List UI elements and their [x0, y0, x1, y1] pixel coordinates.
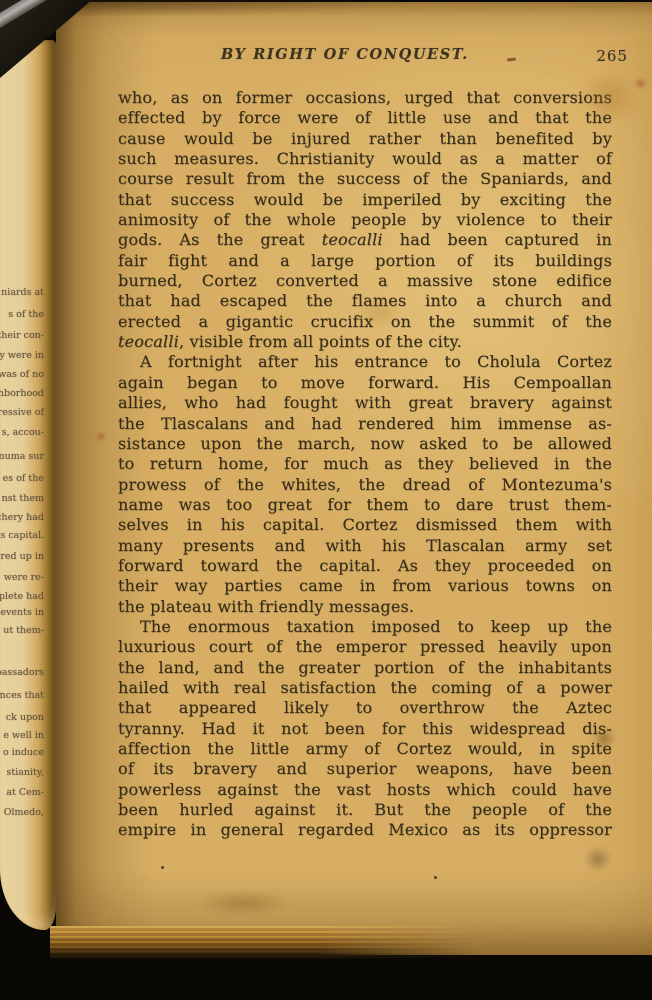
page-edges — [50, 926, 480, 960]
facing-page-text-fragment: red up in — [0, 552, 44, 562]
text-line: fair fight and a large portion of its bu… — [118, 251, 612, 271]
facing-page-text-fragment: plete had — [0, 592, 44, 602]
facing-page-text-fragment: o induce — [3, 748, 44, 758]
facing-page-text-fragment: is capital. — [0, 531, 44, 541]
facing-page-text-fragment: e well in — [3, 731, 44, 741]
facing-page-text-fragment: s, accou- — [2, 428, 44, 438]
text-line: prowess of the whites, the dread of Mont… — [118, 475, 612, 495]
text-line: that appeared likely to overthrow the Az… — [118, 698, 612, 718]
running-header-title: BY RIGHT OF CONQUEST. — [118, 46, 612, 63]
text-line: cause would be injured rather than benef… — [118, 129, 612, 149]
facing-page-text-fragment: numa sur — [0, 452, 44, 462]
facing-page-text-fragment: stianity, — [7, 768, 45, 778]
text-line: gods. As the great teocalli had been cap… — [118, 230, 612, 250]
text-line: burned, Cortez converted a massive stone… — [118, 271, 612, 291]
facing-page-text-fragment: were re- — [4, 573, 44, 583]
running-header: BY RIGHT OF CONQUEST. 265 — [118, 46, 612, 68]
facing-page-text-fragment: niards at — [1, 288, 44, 298]
text-line: selves in his capital. Cortez dismissed … — [118, 515, 612, 535]
facing-page-text-fragment: y were in — [0, 351, 44, 361]
ink-speck — [161, 866, 164, 869]
text-line: again began to move forward. His Cempoal… — [118, 373, 612, 393]
text-line: who, as on former occasions, urged that … — [118, 88, 612, 108]
text-line: the Tlascalans and had rendered him imme… — [118, 414, 612, 434]
paper-stain — [584, 846, 612, 872]
page-number: 265 — [596, 47, 628, 65]
text-line: hailed with real satisfaction the coming… — [118, 678, 612, 698]
text-line: course result from the success of the Sp… — [118, 169, 612, 189]
facing-page-text-fragment: their con- — [0, 331, 44, 341]
scan-top-shadow — [56, 0, 526, 24]
text-line: the plateau with friendly messages. — [118, 597, 612, 617]
text-line: luxurious court of the emperor pressed h… — [118, 637, 612, 657]
facing-page-fragments: niards ats of thetheir con-y were inwas … — [0, 0, 54, 1000]
ink-speck — [434, 876, 437, 879]
text-line: their way parties came in from various t… — [118, 576, 612, 596]
text-line: that success would be imperiled by excit… — [118, 190, 612, 210]
paper-stain — [96, 432, 106, 441]
facing-page-text-fragment: Olmedo, — [4, 808, 44, 818]
facing-page-text-fragment: hborhood — [0, 389, 44, 399]
text-line: powerless against the vast hosts which c… — [118, 780, 612, 800]
facing-page-text-fragment: at Cem- — [6, 788, 44, 798]
facing-page-text-fragment: events in — [0, 608, 44, 618]
text-line: tyranny. Had it not been for this widesp… — [118, 719, 612, 739]
facing-page-text-fragment: ck upon — [6, 713, 44, 723]
text-block: who, as on former occasions, urged that … — [118, 88, 612, 841]
text-line: erected a gigantic crucifix on the summi… — [118, 312, 612, 332]
text-line: A fortnight after his entrance to Cholul… — [118, 352, 612, 372]
facing-page-text-fragment: chery had — [0, 513, 44, 523]
text-line: allies, who had fought with great braver… — [118, 393, 612, 413]
book-page: BY RIGHT OF CONQUEST. 265 who, as on for… — [56, 2, 652, 955]
text-line: empire in general regarded Mexico as its… — [118, 820, 612, 840]
text-line: such measures. Christianity would as a m… — [118, 149, 612, 169]
text-line: many presents and with his Tlascalan arm… — [118, 536, 612, 556]
text-line: forward toward the capital. As they proc… — [118, 556, 612, 576]
facing-page-text-fragment: ressive of — [0, 408, 44, 418]
facing-page-text-fragment: es of the — [3, 474, 44, 484]
text-line: teocalli, visible from all points of the… — [118, 332, 612, 352]
text-line: sistance upon the march, now asked to be… — [118, 434, 612, 454]
facing-page-text-fragment: ut them- — [3, 626, 44, 636]
facing-page-text-fragment: nst them — [2, 494, 44, 504]
facing-page-text-fragment: was of no — [0, 370, 44, 380]
text-line: The enormous taxation imposed to keep up… — [118, 617, 612, 637]
text-line: effected by force were of little use and… — [118, 108, 612, 128]
text-line: the land, and the greater portion of the… — [118, 658, 612, 678]
paper-stain — [196, 890, 292, 916]
text-line: been hurled against it. But the people o… — [118, 800, 612, 820]
text-line: to return home, for much as they believe… — [118, 454, 612, 474]
text-line: affection the little army of Cortez woul… — [118, 739, 612, 759]
text-line: animosity of the whole people by violenc… — [118, 210, 612, 230]
text-line: name was too great for them to dare trus… — [118, 495, 612, 515]
text-line: of its bravery and superior weapons, hav… — [118, 759, 612, 779]
facing-page-text-fragment: s of the — [8, 310, 44, 320]
text-line: that had escaped the flames into a churc… — [118, 291, 612, 311]
facing-page-text-fragment: bassadors — [0, 668, 44, 678]
book-scan: BY RIGHT OF CONQUEST. 265 who, as on for… — [0, 0, 652, 1000]
paper-stain — [634, 78, 647, 89]
facing-page-text-fragment: nces that — [0, 691, 44, 701]
